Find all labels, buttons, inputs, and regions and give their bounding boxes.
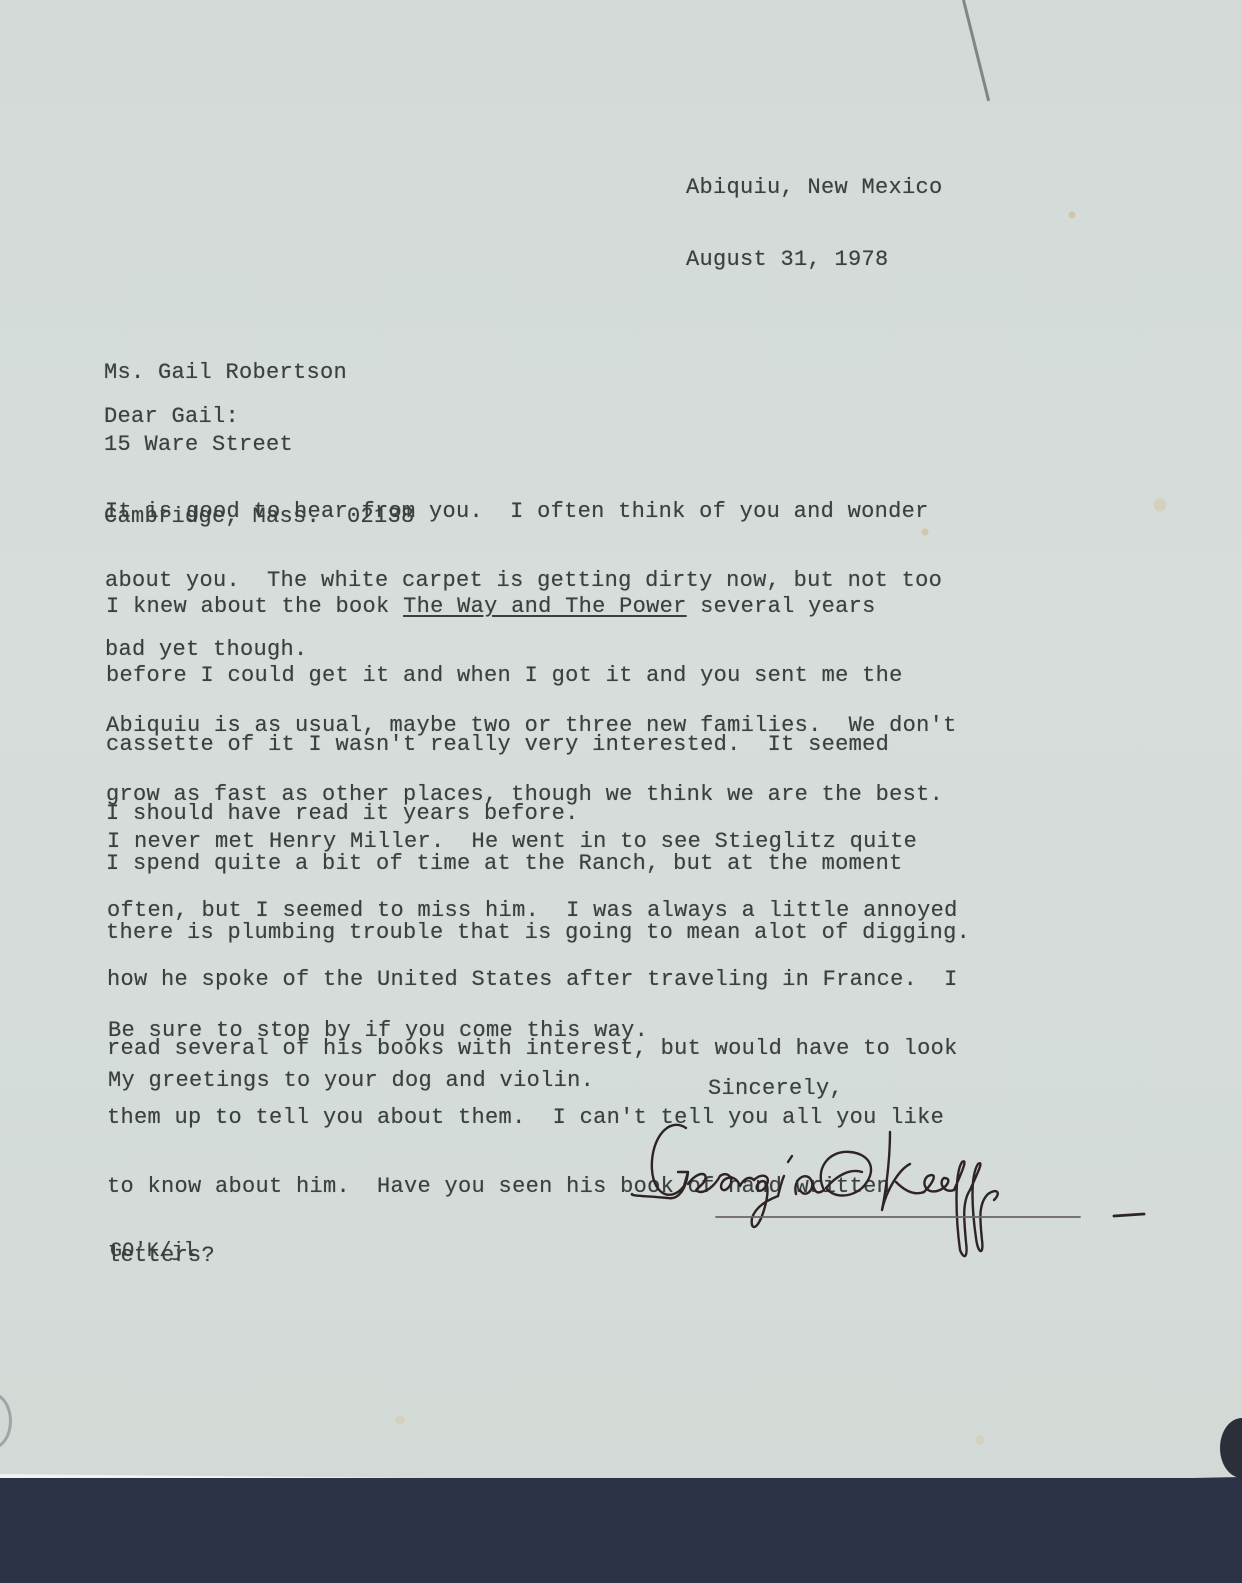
letter-heading: Abiquiu, New Mexico August 31, 1978 <box>686 128 943 320</box>
closing: Sincerely, <box>708 1077 843 1100</box>
signature: Georgia O'Keeffe <box>628 1110 1158 1270</box>
paragraph-line: I never met Henry Miller. He went in to … <box>107 830 958 853</box>
salutation: Dear Gail: <box>104 405 239 428</box>
recipient-name: Ms. Gail Robertson <box>104 361 415 385</box>
paragraph-6: My greetings to your dog and violin. <box>108 1023 594 1138</box>
paragraph-text: several years <box>687 594 876 619</box>
frame-clip-left <box>0 1392 12 1450</box>
letter-paper: Abiquiu, New Mexico August 31, 1978 Ms. … <box>0 0 1242 1583</box>
paragraph-line: It is good to hear from you. I often thi… <box>105 500 942 523</box>
frame-mat <box>0 1478 1242 1583</box>
paragraph-text: I knew about the book <box>106 594 403 619</box>
heading-date: August 31, 1978 <box>686 248 943 272</box>
paragraph-line: I knew about the book The Way and The Po… <box>106 595 903 618</box>
heading-place: Abiquiu, New Mexico <box>686 176 943 200</box>
paragraph-line: Abiquiu is as usual, maybe two or three … <box>106 714 970 737</box>
pencil-mark <box>962 0 990 101</box>
paragraph-line: My greetings to your dog and violin. <box>108 1069 594 1092</box>
book-title: The Way and The Power <box>403 594 687 619</box>
reference-initials: GO'K/jl <box>110 1240 196 1263</box>
paragraph-line: often, but I seemed to miss him. I was a… <box>107 899 958 922</box>
